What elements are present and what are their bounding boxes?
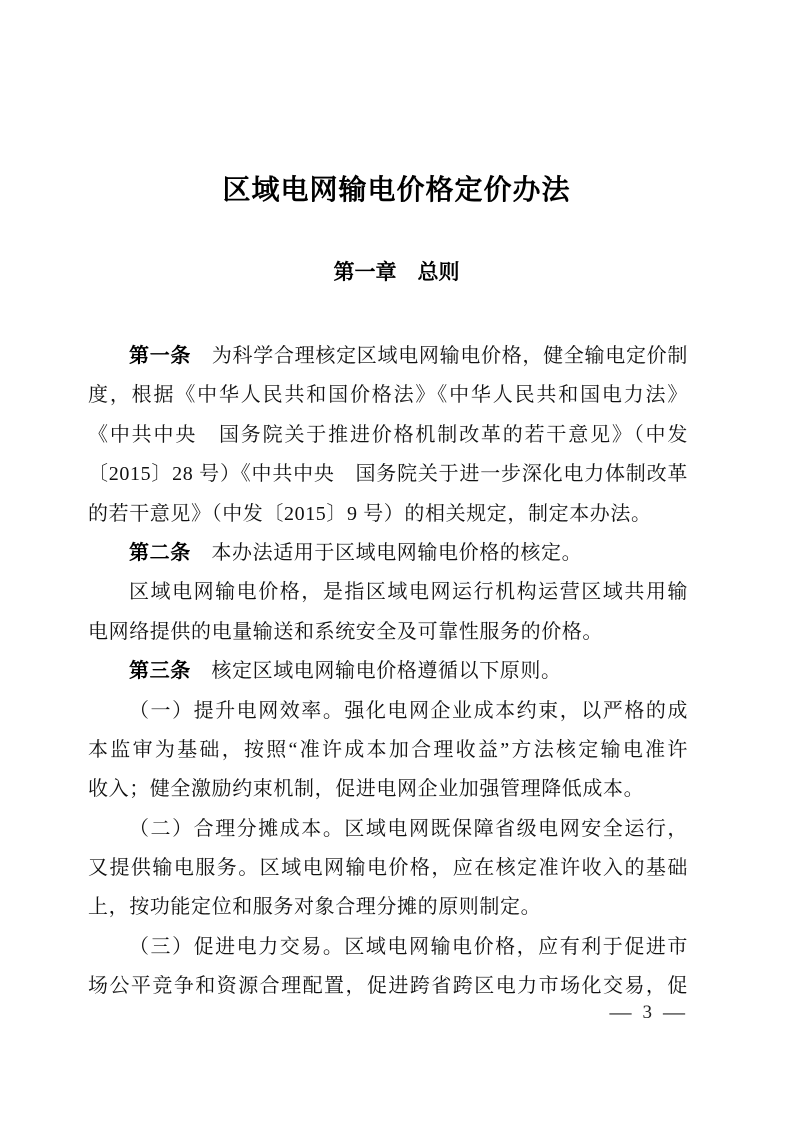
body-line: 的若干意见》（中发〔2015〕9 号）的相关规定，制定本办法。 [88,495,688,534]
footer-dash-right: — [663,1001,685,1023]
article-number: 第二条 [129,542,191,564]
page-number: 3 [643,1003,653,1022]
document-title: 区域电网输电价格定价办法 [0,176,793,207]
page-footer: — 3 — [610,1001,686,1023]
body-line: 第二条 本办法适用于区域电网输电价格的核定。 [88,534,688,573]
body-line: 度，根据《中华人民共和国价格法》《中华人民共和国电力法》 [88,376,688,415]
article-number: 第一条 [129,345,191,367]
body-line: 电网络提供的电量输送和系统安全及可靠性服务的价格。 [88,613,688,652]
body-line: （一）提升电网效率。强化电网企业成本约束，以严格的成 [88,692,688,731]
document-page: 区域电网输电价格定价办法 第一章 总则 第一条 为科学合理核定区域电网输电价格，… [0,0,793,1122]
body-line: 本监审为基础，按照“准许成本加合理收益”方法核定输电准许 [88,731,688,770]
chapter-heading: 第一章 总则 [0,261,793,284]
body-line: （三）促进电力交易。区域电网输电价格，应有利于促进市 [88,928,688,967]
document-body: 第一条 为科学合理核定区域电网输电价格，健全输电定价制度，根据《中华人民共和国价… [88,337,688,1007]
body-line: 第三条 核定区域电网输电价格遵循以下原则。 [88,652,688,691]
body-line: （二）合理分摊成本。区域电网既保障省级电网安全运行， [88,810,688,849]
article-number: 第三条 [129,660,191,682]
body-line: 上，按功能定位和服务对象合理分摊的原则制定。 [88,888,688,927]
body-line: 〔2015〕28 号）《中共中央 国务院关于进一步深化电力体制改革 [88,455,688,494]
footer-dash-left: — [610,1001,632,1023]
body-line: 第一条 为科学合理核定区域电网输电价格，健全输电定价制 [88,337,688,376]
body-line: 又提供输电服务。区域电网输电价格，应在核定准许收入的基础 [88,849,688,888]
body-line: 《中共中央 国务院关于推进价格机制改革的若干意见》（中发 [88,416,688,455]
body-line: 场公平竞争和资源合理配置，促进跨省跨区电力市场化交易，促 [88,967,688,1006]
body-line: 收入；健全激励约束机制，促进电网企业加强管理降低成本。 [88,770,688,809]
body-line: 区域电网输电价格，是指区域电网运行机构运营区域共用输 [88,573,688,612]
